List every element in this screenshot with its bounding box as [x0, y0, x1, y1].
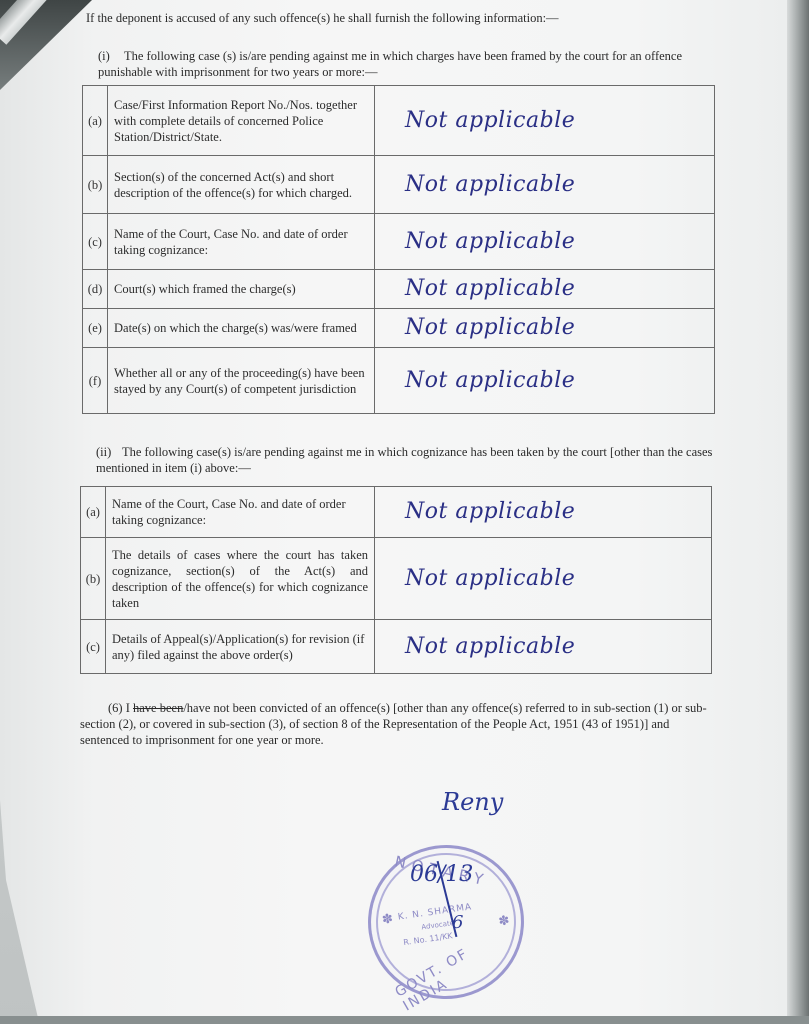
- para6-struck-text: have been: [133, 701, 183, 715]
- row-label: (c): [81, 620, 106, 674]
- table-row: (a) Case/First Information Report No./No…: [83, 86, 715, 156]
- table-row: (f) Whether all or any of the proceeding…: [83, 348, 715, 414]
- signature: Reny: [442, 788, 503, 816]
- table-row: (c) Name of the Court, Case No. and date…: [83, 214, 715, 270]
- row-label: (a): [83, 86, 108, 156]
- section-i-number: (i): [98, 48, 124, 64]
- row-question: Whether all or any of the proceeding(s) …: [108, 348, 375, 414]
- row-question: Section(s) of the concerned Act(s) and s…: [108, 156, 375, 214]
- row-question: Name of the Court, Case No. and date of …: [106, 487, 375, 538]
- intro-text: If the deponent is accused of any such o…: [86, 10, 726, 26]
- row-answer: Not applicable: [375, 538, 712, 620]
- row-question: Details of Appeal(s)/Application(s) for …: [106, 620, 375, 674]
- row-label: (a): [81, 487, 106, 538]
- paragraph-6: (6) I have been/have not been convicted …: [80, 700, 712, 748]
- row-label: (f): [83, 348, 108, 414]
- row-answer: Not applicable: [375, 214, 715, 270]
- document-content: If the deponent is accused of any such o…: [0, 0, 790, 1018]
- stamp-reg-no: R. No. 11/KK: [403, 931, 453, 947]
- table-row: (a) Name of the Court, Case No. and date…: [81, 487, 712, 538]
- table-row: (b) Section(s) of the concerned Act(s) a…: [83, 156, 715, 214]
- section-ii-number: (ii): [96, 444, 122, 460]
- section-ii-heading: (ii)The following case(s) is/are pending…: [96, 444, 716, 476]
- table-row: (d) Court(s) which framed the charge(s) …: [83, 270, 715, 309]
- row-answer: Not applicable: [375, 270, 715, 309]
- section-i-text: The following case (s) is/are pending ag…: [98, 49, 682, 79]
- table-row: (e) Date(s) on which the charge(s) was/w…: [83, 309, 715, 348]
- row-label: (d): [83, 270, 108, 309]
- stamp-title: Advocate: [421, 919, 455, 931]
- row-answer: Not applicable: [375, 487, 712, 538]
- row-answer: Not applicable: [375, 348, 715, 414]
- row-label: (c): [83, 214, 108, 270]
- section-ii-table: (a) Name of the Court, Case No. and date…: [80, 486, 712, 674]
- section-i-table: (a) Case/First Information Report No./No…: [82, 85, 715, 414]
- stamp-handwritten-date: 06/13 6: [410, 862, 473, 887]
- row-question: Court(s) which framed the charge(s): [108, 270, 375, 309]
- table-row: (b) The details of cases where the court…: [81, 538, 712, 620]
- row-answer: Not applicable: [375, 156, 715, 214]
- row-question: Case/First Information Report No./Nos. t…: [108, 86, 375, 156]
- row-question: The details of cases where the court has…: [106, 538, 375, 620]
- row-answer: Not applicable: [375, 309, 715, 348]
- stamp-star-icon: ✽: [381, 911, 394, 927]
- para6-prefix: (6) I: [108, 701, 133, 715]
- stamp-date-sub: 6: [452, 912, 463, 933]
- row-label: (e): [83, 309, 108, 348]
- row-label: (b): [81, 538, 106, 620]
- section-ii-text: The following case(s) is/are pending aga…: [96, 445, 712, 475]
- row-question: Date(s) on which the charge(s) was/were …: [108, 309, 375, 348]
- section-i-heading: (i)The following case (s) is/are pending…: [98, 48, 718, 80]
- table-row: (c) Details of Appeal(s)/Application(s) …: [81, 620, 712, 674]
- page-right-edge: [787, 0, 809, 1024]
- row-answer: Not applicable: [375, 86, 715, 156]
- stamp-bottom-text: GOVT. OF INDIA: [392, 919, 526, 1015]
- row-label: (b): [83, 156, 108, 214]
- row-answer: Not applicable: [375, 620, 712, 674]
- row-question: Name of the Court, Case No. and date of …: [108, 214, 375, 270]
